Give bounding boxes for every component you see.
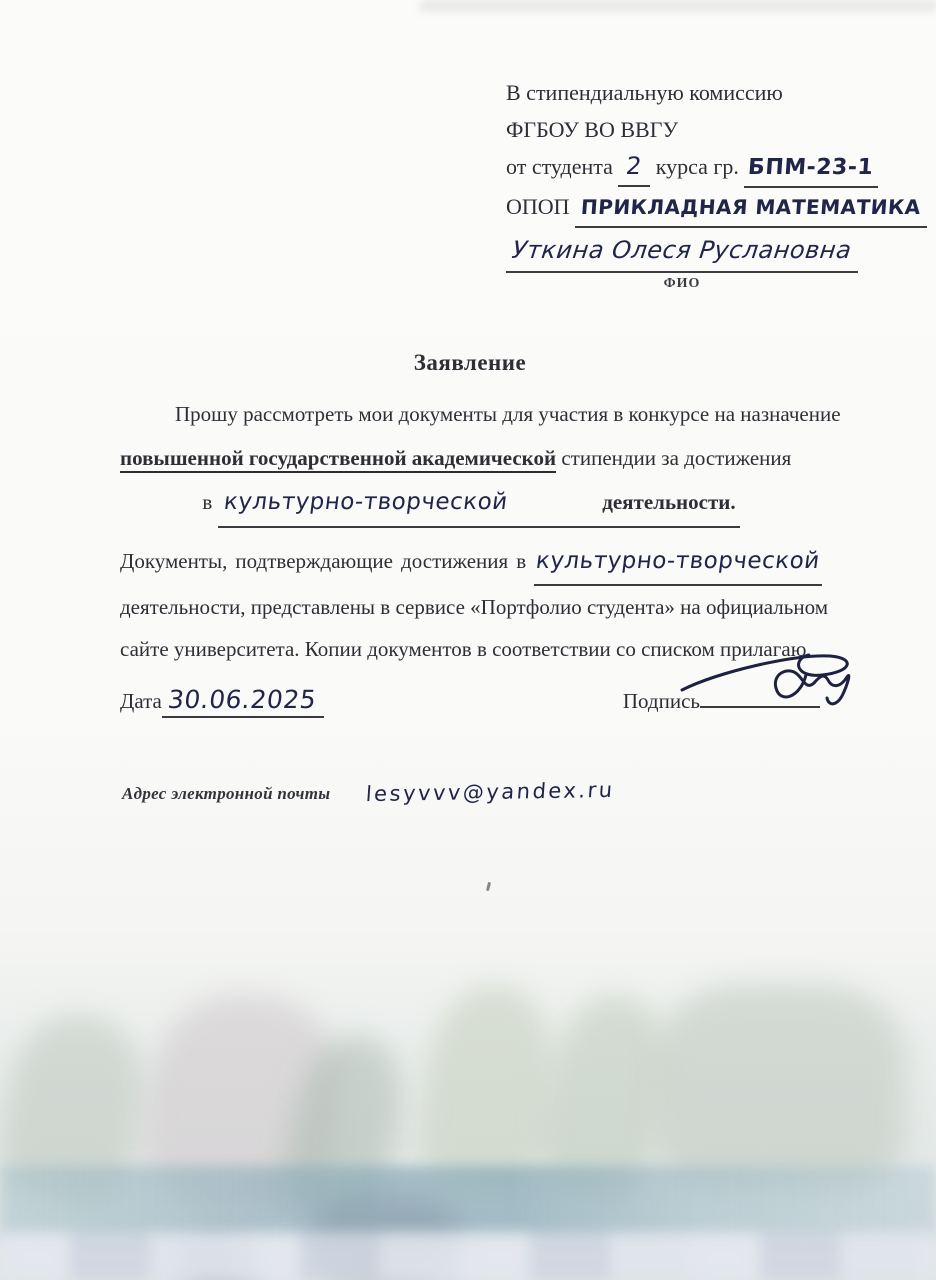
p2-word3: достижения xyxy=(401,540,508,582)
date-value-handwritten: 30.06.2025 xyxy=(166,685,318,714)
date-group: Дата 30.06.2025 xyxy=(120,685,324,718)
email-value-handwritten: lesyvvv@yandex.ru xyxy=(365,778,615,806)
paragraph-request-line3: в культурно-творческойдеятельности. xyxy=(120,480,822,528)
p2-word2: подтверждающие xyxy=(235,540,393,582)
course-blank: 2 xyxy=(618,148,650,187)
blurred-background-shape xyxy=(655,985,905,1190)
paper-speck xyxy=(486,882,491,891)
group-blank: БПМ-23-1 xyxy=(744,148,877,188)
opop-label: ОПОП xyxy=(506,194,570,219)
activity-prefix: в xyxy=(202,490,212,514)
signature-blank xyxy=(700,676,820,708)
paragraph-request-line2-rest: стипендии за достижения xyxy=(556,446,791,470)
fio-blank: Уткина Олеся Руслановна xyxy=(506,232,858,273)
fio-caption: ФИО xyxy=(506,273,858,295)
email-row: Адрес электронной почты lesyvvv@yandex.r… xyxy=(122,780,615,804)
student-line: от студента 2 курса гр. БПМ-23-1 xyxy=(506,148,858,188)
activity-blank: культурно-творческойдеятельности. xyxy=(218,480,740,528)
signature-icon xyxy=(676,642,876,720)
scholarship-type-bold: повышенной государственной академической xyxy=(120,446,556,473)
fio-value-handwritten: Уткина Олеся Руслановна xyxy=(510,232,854,269)
organization-line: ФГБОУ ВО ВВГУ xyxy=(506,111,858,148)
course-value-handwritten: 2 xyxy=(624,148,644,185)
addressee-line: В стипендиальную комиссию xyxy=(506,74,858,111)
opop-line: ОПОП ПРИКЛАДНАЯ МАТЕМАТИКА xyxy=(506,188,858,228)
paragraph-documents-line1: Документы, подтверждающие достижения в к… xyxy=(120,540,822,586)
opop-value-handwritten: ПРИКЛАДНАЯ МАТЕМАТИКА xyxy=(580,189,922,226)
date-blank: 30.06.2025 xyxy=(162,685,324,718)
student-line-prefix: от студента xyxy=(506,154,613,179)
date-signature-row: Дата 30.06.2025 Подпись xyxy=(120,676,820,718)
student-line-middle: курса гр. xyxy=(656,154,739,179)
photo-teal-band xyxy=(0,1166,936,1240)
p2-word1: Документы, xyxy=(120,540,227,582)
group-value-handwritten: БПМ-23-1 xyxy=(747,149,875,186)
activity-value-handwritten: культурно-творческой xyxy=(221,480,510,524)
paragraph-request-line1: Прошу рассмотреть мои документы для учас… xyxy=(120,392,822,436)
email-label: Адрес электронной почты xyxy=(122,784,330,804)
photo-top-edge-shadow xyxy=(420,0,936,12)
date-label: Дата xyxy=(120,689,162,714)
p2-activity-handwritten: культурно-творческой xyxy=(534,540,823,582)
scanned-application-page: В стипендиальную комиссию ФГБОУ ВО ВВГУ … xyxy=(0,0,936,1280)
opop-blank: ПРИКЛАДНАЯ МАТЕМАТИКА xyxy=(575,188,927,228)
document-header: В стипендиальную комиссию ФГБОУ ВО ВВГУ … xyxy=(506,74,858,295)
paragraph-documents-line2: деятельности, представлены в сервисе «По… xyxy=(120,586,822,628)
activity-word-bold: деятельности. xyxy=(602,490,735,514)
document-title: Заявление xyxy=(120,350,820,376)
paragraph-request: Прошу рассмотреть мои документы для учас… xyxy=(120,392,822,528)
p2-activity-blank: культурно-творческой xyxy=(534,540,822,586)
p2-word4: в xyxy=(516,540,526,582)
signature-group: Подпись xyxy=(623,676,820,714)
paragraph-request-line2: повышенной государственной академической… xyxy=(120,436,822,480)
photo-lower-strip xyxy=(0,1232,936,1280)
fio-line: Уткина Олеся Руслановна xyxy=(506,232,858,273)
